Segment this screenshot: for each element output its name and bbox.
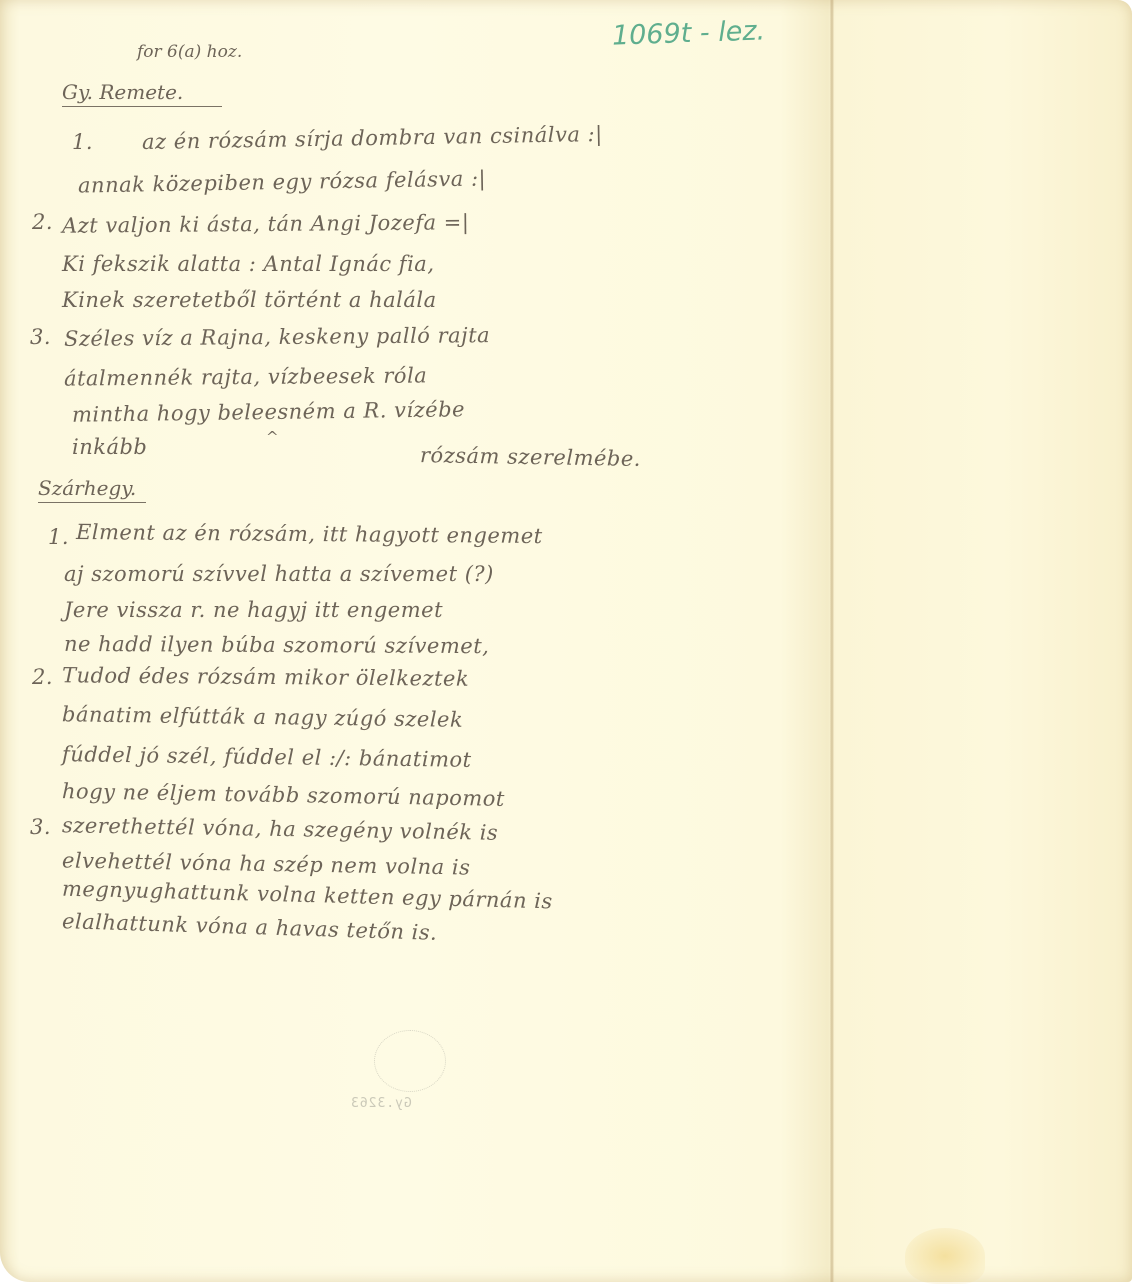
stamp-number: Gy.3263: [350, 1096, 412, 1111]
verse-line: rózsám szerelmébe.: [420, 443, 641, 471]
section-heading-remete: Gy. Remete.: [62, 80, 222, 107]
stanza-number: 3.: [30, 325, 51, 349]
verse-line: megnyughattunk volna ketten egy párnán i…: [62, 877, 553, 914]
verse-line: mintha hogy beleesném a R. vízébe: [72, 397, 465, 426]
verse-line: az én rózsám sírja dombra van csinálva :…: [142, 122, 603, 154]
verse-line: szerethettél vóna, ha szegény volnék is: [62, 813, 499, 845]
section-heading-szarhegy: Szárhegy.: [38, 476, 146, 503]
verse-line: Elment az én rózsám, itt hagyott engemet: [76, 520, 543, 548]
verse-line: Kinek szeretetből történt a halála: [62, 288, 437, 312]
verse-line: Ki fekszik alatta : Antal Ignác fia,: [62, 252, 435, 276]
stanza-number: 2.: [32, 210, 53, 234]
page-fold-line: [830, 0, 834, 1282]
verse-line: annak közepiben egy rózsa felásva :|: [78, 166, 486, 197]
library-stamp-icon: [374, 1030, 446, 1092]
water-stain: [905, 1228, 985, 1284]
manuscript-page: Gy.3263 1069t - lez. for 6(a) hoz. Gy. R…: [0, 0, 1132, 1282]
verse-line: Széles víz a Rajna, keskeny palló rajta: [64, 323, 490, 351]
verse-line: Tudod édes rózsám mikor ölelkeztek: [62, 663, 469, 691]
verse-line: Jere vissza r. ne hagyj itt engemet: [64, 598, 443, 622]
verse-line: fúddel jó szél, fúddel el :/: bánatimot: [62, 742, 472, 772]
stanza-number: 2.: [32, 665, 53, 689]
stanza-number: 1.: [48, 525, 69, 549]
verse-line: inkább: [72, 435, 147, 459]
verse-line: ne hadd ilyen búba szomorú szívemet,: [64, 632, 489, 658]
verse-line: aj szomorú szívvel hatta a szívemet (?): [64, 562, 494, 586]
archive-id: 1069t - lez.: [612, 15, 766, 51]
reference-note: for 6(a) hoz.: [137, 42, 242, 62]
stanza-number: 3.: [30, 815, 51, 839]
stanza-number: 1.: [72, 130, 93, 154]
verse-line: átalmennék rajta, vízbeesek róla: [64, 363, 427, 390]
verse-line: elvehettél vóna ha szép nem volna is: [62, 848, 471, 879]
verse-line: elalhattunk vóna a havas tetőn is.: [62, 909, 438, 945]
verse-line: hogy ne éljem tovább szomorú napomot: [62, 779, 505, 811]
insertion-mark: ^: [266, 428, 279, 446]
verse-line: bánatim elfútták a nagy zúgó szelek: [62, 702, 463, 732]
verse-line: Azt valjon ki ásta, tán Angi Jozefa =|: [62, 210, 470, 238]
